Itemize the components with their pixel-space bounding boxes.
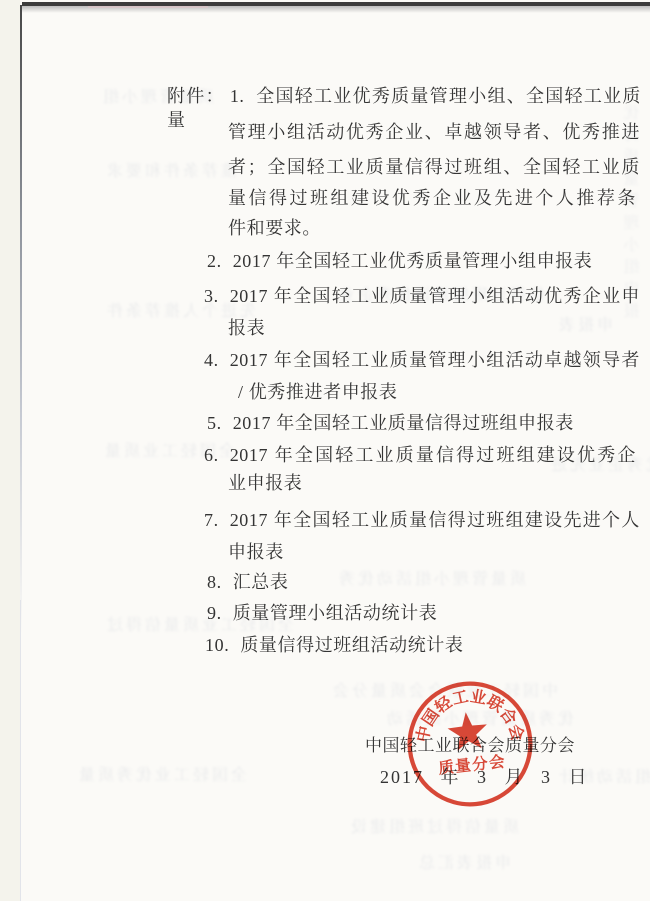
item-number: 9. xyxy=(207,603,222,623)
seal-ring-char: 工 xyxy=(451,687,470,708)
bleedthrough-text: 质量管理小组活动优秀 xyxy=(336,566,526,589)
item-line: 2017 年全国轻工业质量信得过班组建设先进个人 xyxy=(230,510,640,530)
attachment-item: 2.2017 年全国轻工业优秀质量管理小组申报表 xyxy=(207,249,592,273)
scan-left-edge-line-faint xyxy=(20,600,21,901)
scanned-document-page: 质量管理小组 优秀质量管理小组申报 推荐条件和要求 信得过班组建设优秀企业 先进… xyxy=(0,0,650,901)
item-line: / 优秀推进者申报表 xyxy=(238,380,398,404)
item-line: 业申报表 xyxy=(228,471,302,495)
item-line: 2017 年全国轻工业质量信得过班组建设优秀企 xyxy=(230,445,636,465)
item-line: 报表 xyxy=(228,316,265,340)
item-number: 3. xyxy=(204,286,219,306)
seal-center-text: 质量分会 xyxy=(437,752,506,778)
item-number: 1. xyxy=(230,86,245,106)
bleedthrough-text: 申报表 xyxy=(556,312,613,335)
item-line: 件和要求。 xyxy=(228,216,321,240)
item-number: 4. xyxy=(204,350,219,370)
item-line: 汇总表 xyxy=(233,572,289,592)
attachment-item: 8.汇总表 xyxy=(207,570,289,594)
item-line: 2017 年全国轻工业质量信得过班组申报表 xyxy=(233,413,574,433)
bleedthrough-text: 申报表汇总 xyxy=(416,850,511,873)
attachment-item: 3.2017 年全国轻工业质量管理小组活动优秀企业申 xyxy=(204,284,640,308)
item-number: 10. xyxy=(205,635,229,655)
item-number: 6. xyxy=(204,445,219,465)
seal-ring-char: 会 xyxy=(505,722,527,742)
scan-left-margin xyxy=(0,0,20,901)
attachment-item: 9.质量管理小组活动统计表 xyxy=(207,601,437,625)
item-number: 5. xyxy=(207,413,222,433)
item-line: 2017 年全国轻工业优秀质量管理小组申报表 xyxy=(233,251,593,271)
official-seal: 中 国 轻 工 业 联 合 会 质量分会 xyxy=(397,671,542,816)
item-line: 管理小组活动优秀企业、卓越领导者、优秀推进 xyxy=(228,120,640,144)
item-line: 量信得过班组建设优秀企业及先进个人推荐条 xyxy=(228,186,636,210)
item-line: 质量信得过班组活动统计表 xyxy=(240,635,463,655)
attachment-item: 5.2017 年全国轻工业质量信得过班组申报表 xyxy=(207,411,574,435)
attachment-item: 7.2017 年全国轻工业质量信得过班组建设先进个人 xyxy=(204,508,640,532)
attachment-item: 4.2017 年全国轻工业质量管理小组活动卓越领导者 xyxy=(204,348,640,372)
scan-left-edge-line xyxy=(20,5,22,635)
item-line: 者；全国轻工业质量信得过班组、全国轻工业质 xyxy=(228,155,640,179)
item-number: 8. xyxy=(207,572,222,592)
bleedthrough-text: 质量信得过班组建设 xyxy=(348,814,519,837)
attachment-label: 附件： xyxy=(167,86,225,106)
item-line: 2017 年全国轻工业质量管理小组活动优秀企业申 xyxy=(230,286,640,306)
seal-star-icon xyxy=(446,710,489,751)
item-line: 质量管理小组活动统计表 xyxy=(233,603,438,623)
item-number: 2. xyxy=(207,251,222,271)
attachment-item: 6.2017 年全国轻工业质量信得过班组建设优秀企 xyxy=(204,443,636,467)
item-number: 7. xyxy=(204,510,219,530)
item-line: 申报表 xyxy=(228,540,284,564)
bleedthrough-text: 全国轻工业优秀质量 xyxy=(76,762,247,785)
attachment-item: 10.质量信得过班组活动统计表 xyxy=(205,633,464,657)
bleedthrough-text: 推荐条件和要求 xyxy=(104,158,237,181)
item-line: 2017 年全国轻工业质量管理小组活动卓越领导者 xyxy=(230,350,640,370)
scan-top-edge-tint xyxy=(88,6,208,8)
